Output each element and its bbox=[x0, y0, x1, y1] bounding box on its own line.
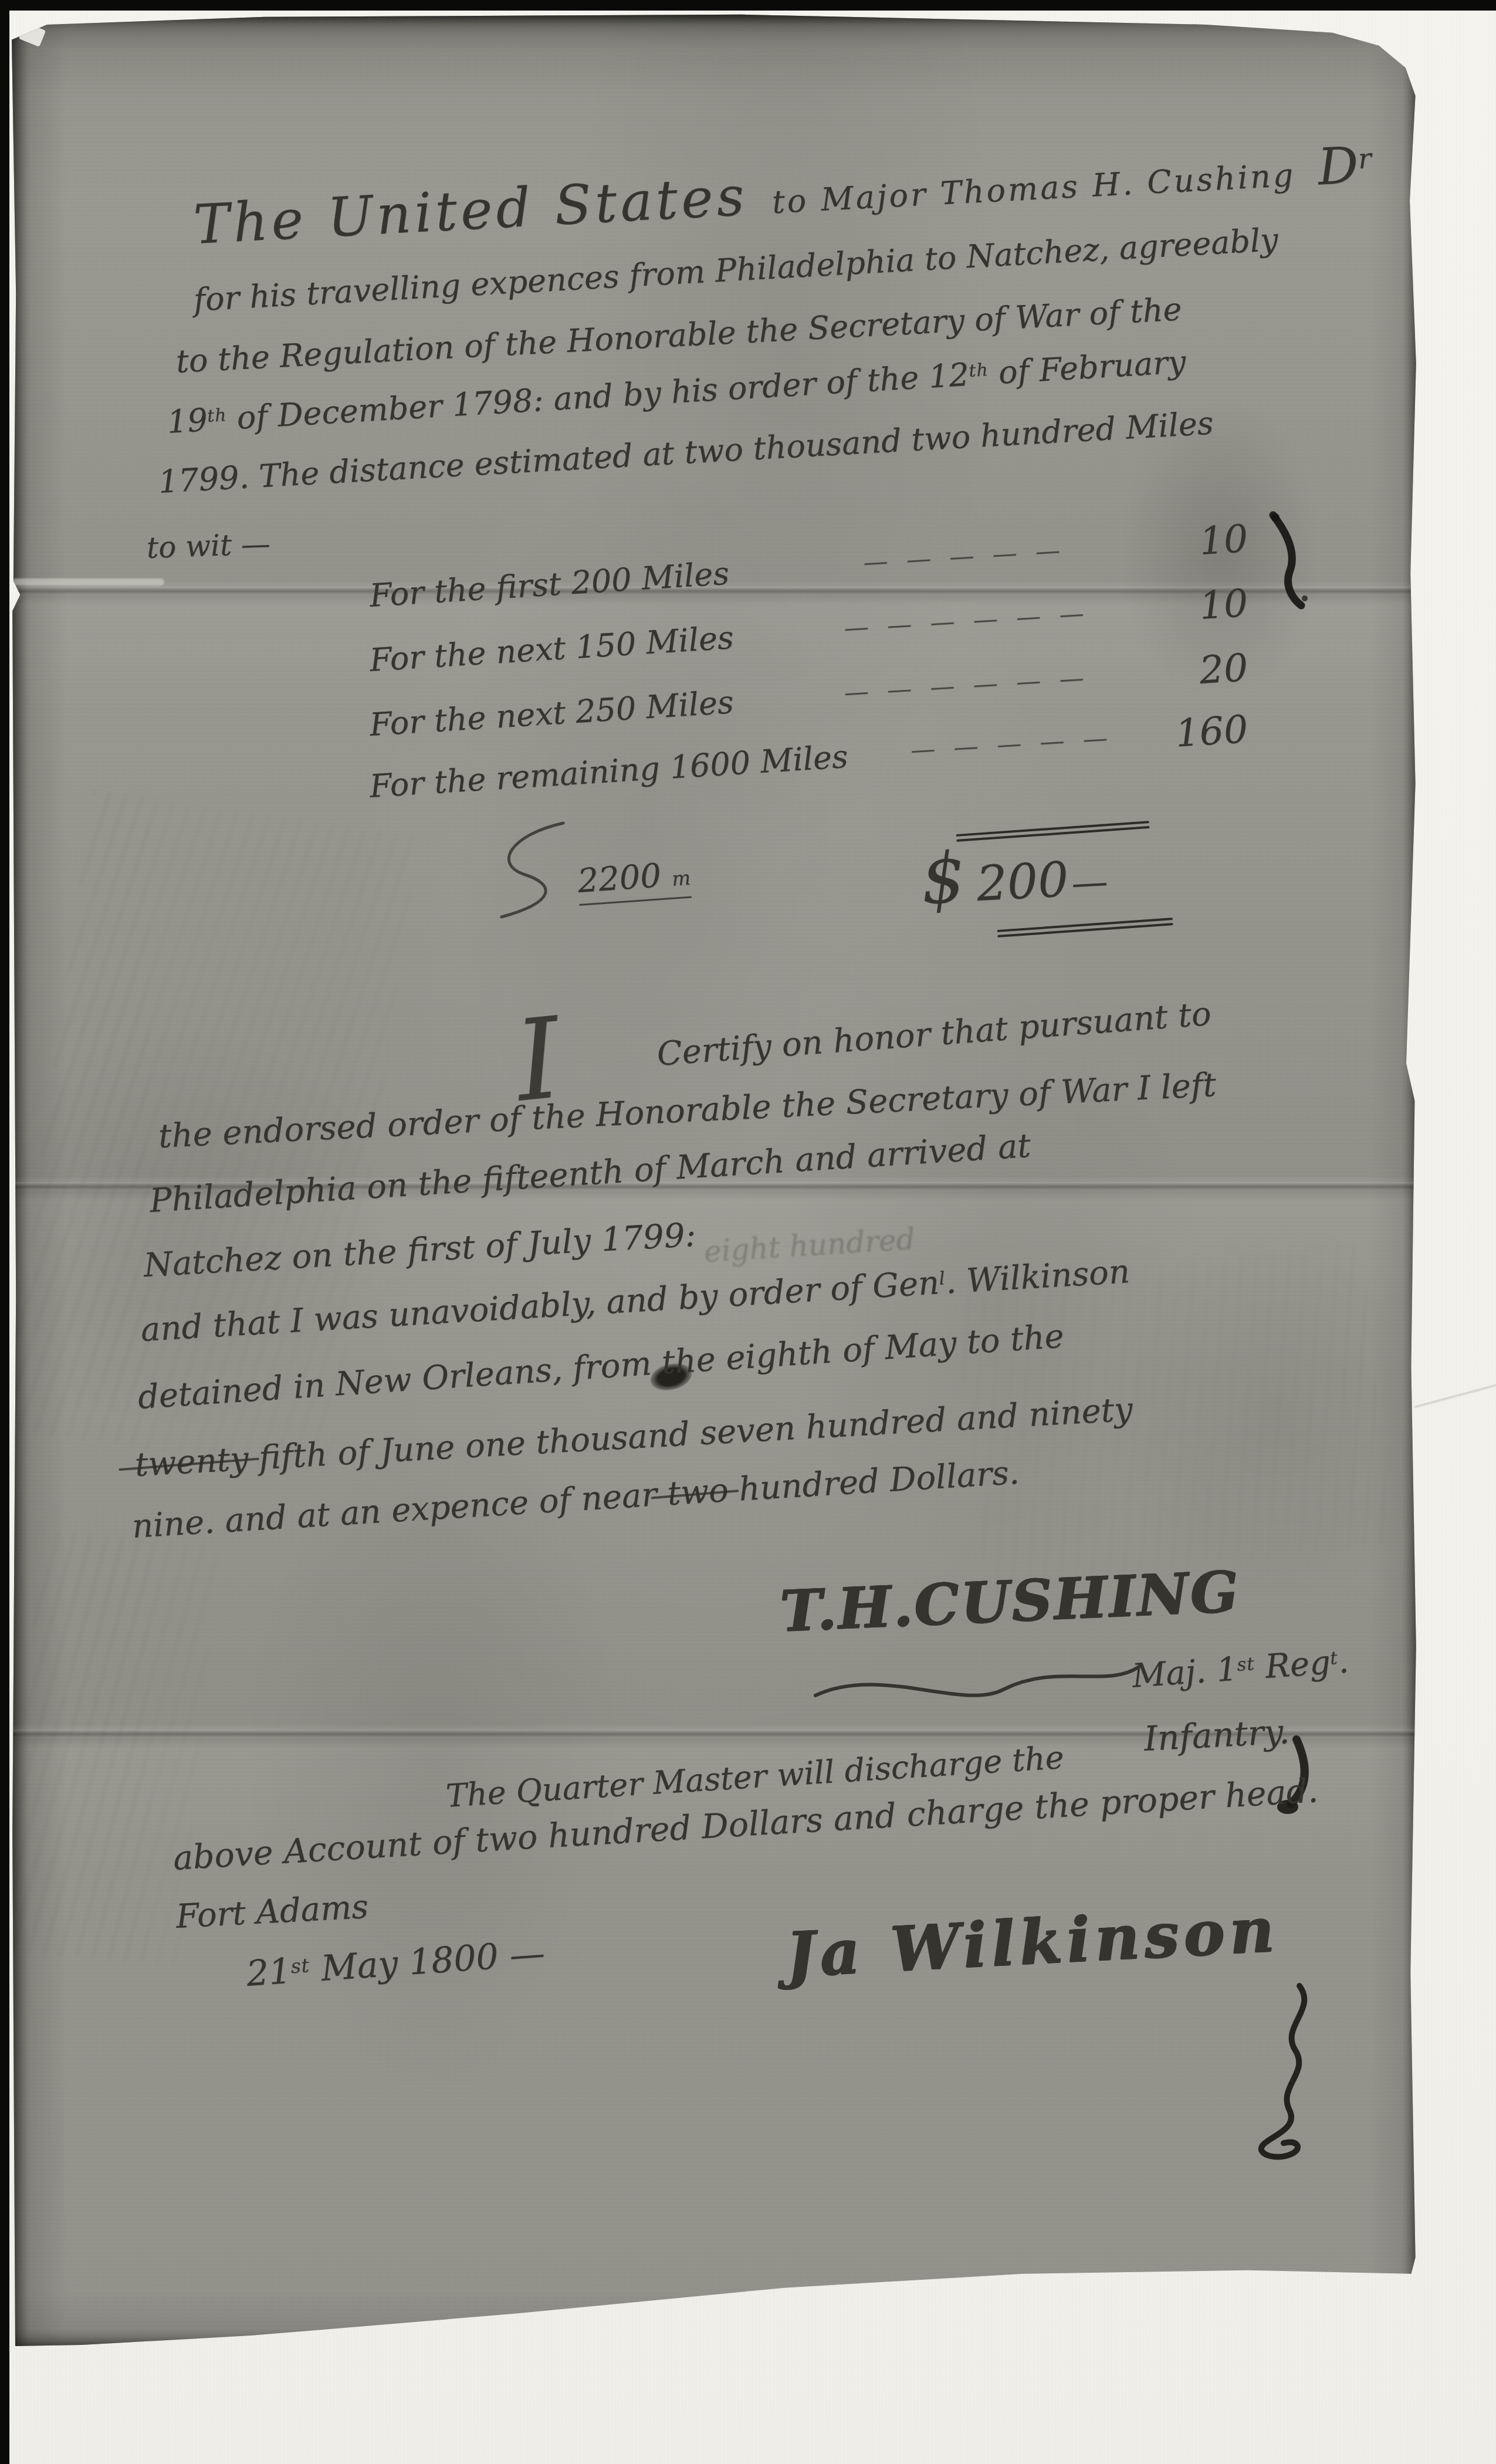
backing-sheet-edge-line bbox=[1414, 1207, 1496, 1583]
total-amount: $ 200 — bbox=[919, 829, 1109, 919]
signature-underline-flourish bbox=[810, 1654, 1150, 1713]
fold-tear-highlight bbox=[12, 578, 164, 585]
signature-branch: Infantry. bbox=[1143, 1711, 1290, 1759]
place-line: Fort Adams bbox=[175, 1888, 369, 1936]
account-row-value: 160 bbox=[1174, 708, 1249, 756]
account-row-label: For the first 200 Miles bbox=[368, 555, 730, 614]
leader-dashes: — — — — — bbox=[728, 527, 1200, 585]
certification-line-2: the endorsed order of the Honorable the … bbox=[157, 1066, 1217, 1156]
signature-paraph-squiggle bbox=[1244, 1986, 1343, 2168]
leader-dashes: — — — — — bbox=[847, 719, 1176, 769]
to-wit: to wit — bbox=[146, 527, 271, 565]
total-brace-flourish bbox=[469, 818, 587, 924]
leader-dashes: — — — — — — bbox=[733, 656, 1201, 714]
total-rule-bottom bbox=[997, 918, 1173, 937]
date-line: 21st May 1800 — bbox=[245, 1933, 546, 1995]
title-addressee: to Major Thomas H. Cushing bbox=[771, 157, 1296, 221]
account-row-label: For the next 150 Miles bbox=[368, 619, 735, 679]
document-page: The United States to Major Thomas H. Cus… bbox=[12, 14, 1417, 2346]
account-row-value: 10 bbox=[1198, 517, 1249, 564]
cushing-signature: T.H.CUSHING bbox=[779, 1558, 1242, 1644]
account-row-label: For the next 250 Miles bbox=[368, 683, 735, 743]
ink-smudge bbox=[1255, 510, 1326, 610]
erased-text: eight hundred bbox=[703, 1222, 916, 1269]
debtor-abbreviation: Dr bbox=[1316, 136, 1374, 197]
account-row-value: 20 bbox=[1198, 646, 1249, 693]
dollar-sign: $ bbox=[919, 837, 967, 920]
struck-word: two bbox=[666, 1471, 730, 1513]
title-script: The United States bbox=[192, 165, 749, 256]
leader-dashes: — — — — — — bbox=[733, 591, 1201, 649]
account-row-label: For the remaining 1600 Miles bbox=[368, 738, 849, 805]
struck-word: twenty bbox=[134, 1440, 249, 1484]
total-miles: 2200 m bbox=[576, 855, 692, 906]
scanned-document: The United States to Major Thomas H. Cus… bbox=[0, 0, 1496, 2464]
certification-line-4: Natchez on the first of July 1799: bbox=[143, 1216, 697, 1285]
account-row-value: 10 bbox=[1198, 581, 1249, 628]
signature-rank: Maj. 1st Regt. bbox=[1131, 1642, 1350, 1695]
wilkinson-signature: Ja Wilkinson bbox=[784, 1893, 1281, 1991]
certification-line-1: Certify on honor that pursuant to bbox=[656, 995, 1213, 1074]
